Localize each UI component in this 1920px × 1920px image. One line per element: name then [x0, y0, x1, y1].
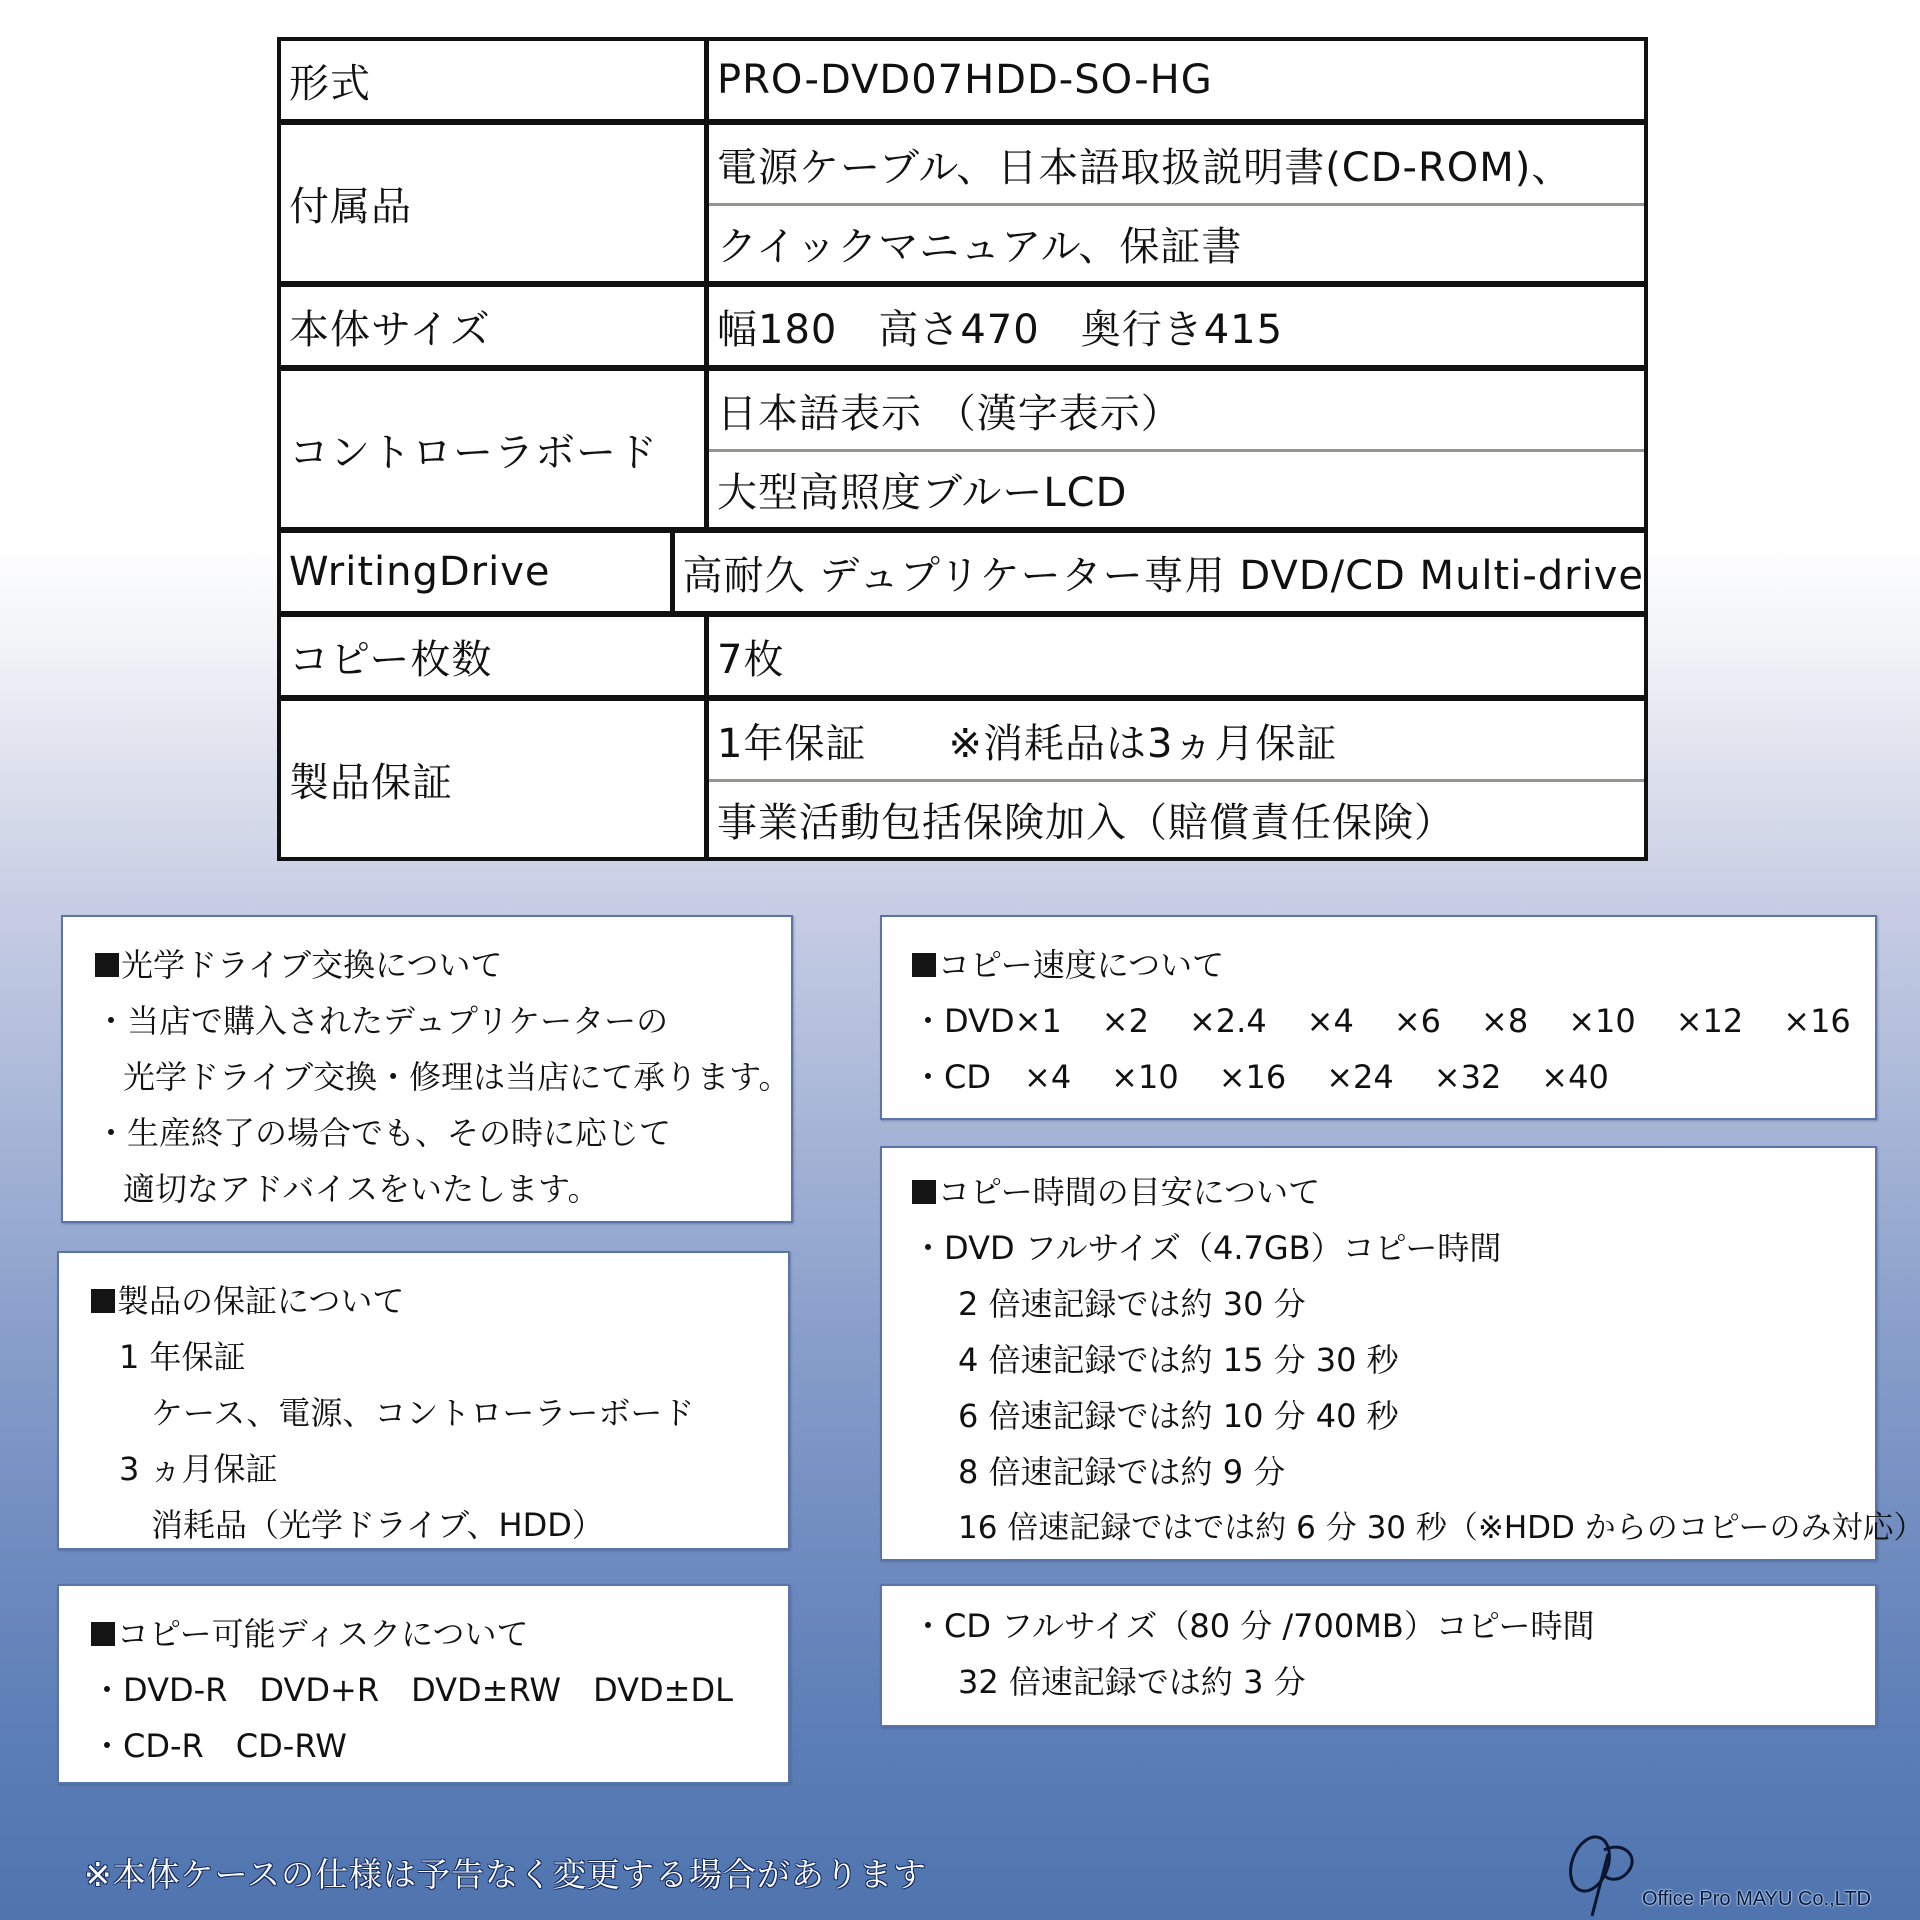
speed-tag: CD — [912, 1049, 1024, 1105]
spec-value: PRO-DVD07HDD-SO-HG — [709, 41, 1644, 119]
spec-row-warranty: 製品保証 1年保証 ※消耗品は3ヵ月保証 事業活動包括保険加入（賠償責任保険） — [281, 701, 1644, 857]
panel-heading: CD フルサイズ（80 分 /700MB）コピー時間 — [912, 1598, 1875, 1654]
panel-line: ケース、電源、コントローラーボード — [91, 1385, 788, 1441]
spec-value: 日本語表示 （漢字表示） — [709, 371, 1644, 449]
panel-discs: コピー可能ディスクについて DVD-R DVD+R DVD±RW DVD±DL … — [57, 1584, 790, 1784]
spec-row-size: 本体サイズ 幅180 高さ470 奥行き415 — [281, 287, 1644, 371]
speed: ×12 — [1676, 993, 1744, 1049]
panel-line: 生産終了の場合でも、その時に応じて — [95, 1105, 791, 1161]
panel-title: 製品の保証について — [91, 1273, 788, 1329]
speed: ×10 — [1568, 993, 1636, 1049]
spec-value: 1年保証 ※消耗品は3ヵ月保証 — [709, 701, 1644, 779]
speed: ×8 — [1481, 993, 1528, 1049]
speed-tag: DVD — [912, 993, 1015, 1049]
speed: ×40 — [1541, 1049, 1609, 1105]
spec-label: 付属品 — [281, 125, 709, 281]
panel-title: コピー可能ディスクについて — [91, 1606, 788, 1662]
panel-heading: DVD フルサイズ（4.7GB）コピー時間 — [912, 1220, 1875, 1276]
spec-table: 形式 PRO-DVD07HDD-SO-HG 付属品 電源ケーブル、日本語取扱説明… — [277, 37, 1648, 861]
spec-value: 電源ケーブル、日本語取扱説明書(CD-ROM)、 — [709, 125, 1644, 203]
speed: ×2 — [1102, 993, 1149, 1049]
panel-line: 適切なアドバイスをいたします。 — [95, 1161, 791, 1217]
panel-line: 2 倍速記録では約 30 分 — [912, 1276, 1875, 1332]
cd-speed-row: CD ×4 ×10 ×16 ×24 ×32 ×40 — [912, 1049, 1875, 1105]
panel-title: コピー速度について — [912, 937, 1875, 993]
spec-row-controller: コントローラボード 日本語表示 （漢字表示） 大型高照度ブルーLCD — [281, 371, 1644, 533]
panel-line: 消耗品（光学ドライブ、HDD） — [91, 1497, 788, 1553]
panel-line: 4 倍速記録では約 15 分 30 秒 — [912, 1332, 1875, 1388]
company-logo: Office Pro MAYU Co.,LTD — [1560, 1830, 1920, 1920]
footer-note: ※本体ケースの仕様は予告なく変更する場合があります — [84, 1849, 927, 1896]
spec-row-model: 形式 PRO-DVD07HDD-SO-HG — [281, 41, 1644, 125]
panel-line: 光学ドライブ交換・修理は当店にて承ります。 — [95, 1049, 791, 1105]
panel-line: DVD-R DVD+R DVD±RW DVD±DL — [91, 1662, 788, 1718]
spec-value: クイックマニュアル、保証書 — [709, 203, 1644, 281]
panel-line: 32 倍速記録では約 3 分 — [912, 1654, 1875, 1710]
spec-label: 本体サイズ — [281, 287, 709, 365]
speed: ×4 — [1024, 1049, 1071, 1105]
spec-row-copy-count: コピー枚数 7枚 — [281, 617, 1644, 701]
spec-value: 事業活動包括保険加入（賠償責任保険） — [709, 779, 1644, 857]
speed: ×4 — [1307, 993, 1354, 1049]
speed: ×10 — [1111, 1049, 1179, 1105]
panel-copy-time-cd: CD フルサイズ（80 分 /700MB）コピー時間 32 倍速記録では約 3 … — [880, 1584, 1877, 1727]
panel-line: 6 倍速記録では約 10 分 40 秒 — [912, 1388, 1875, 1444]
panel-title: コピー時間の目安について — [912, 1164, 1875, 1220]
panel-line: CD-R CD-RW — [91, 1718, 788, 1774]
panel-copy-time-dvd: コピー時間の目安について DVD フルサイズ（4.7GB）コピー時間 2 倍速記… — [880, 1146, 1877, 1561]
panel-line: 1 年保証 — [91, 1329, 788, 1385]
speed: ×2.4 — [1189, 993, 1267, 1049]
spec-label: WritingDrive — [281, 533, 675, 611]
speed: ×24 — [1326, 1049, 1394, 1105]
panel-copy-speed: コピー速度について DVD ×1 ×2 ×2.4 ×4 ×6 ×8 ×10 ×1… — [880, 915, 1877, 1120]
speed: ×16 — [1783, 993, 1851, 1049]
spec-label: 製品保証 — [281, 701, 709, 857]
spec-label: 形式 — [281, 41, 709, 119]
spec-value: 大型高照度ブルーLCD — [709, 449, 1644, 527]
spec-row-writing-drive: WritingDrive 高耐久 デュプリケーター専用 DVD/CD Multi… — [281, 533, 1644, 617]
speed: ×6 — [1394, 993, 1441, 1049]
spec-label: コピー枚数 — [281, 617, 709, 695]
dvd-speed-row: DVD ×1 ×2 ×2.4 ×4 ×6 ×8 ×10 ×12 ×16 — [912, 993, 1875, 1049]
spec-value: 高耐久 デュプリケーター専用 DVD/CD Multi-drive — [675, 533, 1644, 611]
speed: ×32 — [1434, 1049, 1502, 1105]
panel-warranty: 製品の保証について 1 年保証 ケース、電源、コントローラーボード 3 ヵ月保証… — [57, 1251, 790, 1550]
spec-value: 幅180 高さ470 奥行き415 — [709, 287, 1644, 365]
spec-value: 7枚 — [709, 617, 1644, 695]
panel-line: 当店で購入されたデュプリケーターの — [95, 993, 791, 1049]
spec-row-accessories: 付属品 電源ケーブル、日本語取扱説明書(CD-ROM)、 クイックマニュアル、保… — [281, 125, 1644, 287]
panel-drive-exchange: 光学ドライブ交換について 当店で購入されたデュプリケーターの 光学ドライブ交換・… — [61, 915, 793, 1223]
speed: ×1 — [1015, 993, 1062, 1049]
panel-title: 光学ドライブ交換について — [95, 937, 791, 993]
panel-line: 3 ヵ月保証 — [91, 1441, 788, 1497]
panel-line: 16 倍速記録ではでは約 6 分 30 秒（※HDD からのコピーのみ対応） — [912, 1500, 1875, 1556]
company-name: Office Pro MAYU Co.,LTD — [1642, 1888, 1871, 1911]
speed: ×16 — [1219, 1049, 1287, 1105]
spec-label: コントローラボード — [281, 371, 709, 527]
op-logo-icon — [1564, 1830, 1654, 1920]
panel-line: 8 倍速記録では約 9 分 — [912, 1444, 1875, 1500]
